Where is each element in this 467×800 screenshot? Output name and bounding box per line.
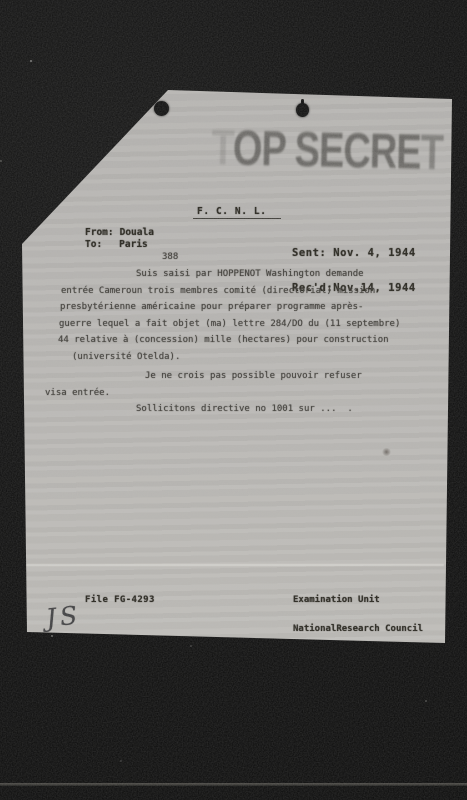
ink-smudge	[382, 448, 391, 456]
from-value: Douala	[120, 227, 154, 238]
body-line: Suis saisi par HOPPENOT Washington deman…	[136, 269, 364, 279]
body-line: guerre lequel a fait objet (ma) lettre 2…	[59, 319, 400, 329]
body-line: 44 relative à (concession) mille (hectar…	[58, 335, 389, 345]
from-row: From:Douala	[85, 227, 154, 238]
top-secret-stamp: TOP SECRET	[211, 121, 444, 182]
file-number: File FG-4293	[85, 595, 155, 605]
stamp-visible-text: OP SECRE	[232, 121, 421, 180]
body-line: (université Otelda).	[72, 352, 180, 362]
to-row: To:Paris	[85, 239, 148, 250]
paper-crease-line	[24, 564, 444, 566]
handwritten-initials: JS	[45, 600, 83, 633]
scan-artifact-line	[0, 783, 467, 786]
punch-hole-left	[154, 101, 169, 116]
stamp-clipped-letter: T	[420, 126, 443, 181]
from-label: From:	[85, 227, 114, 238]
stamp-faint-letter: T	[211, 121, 234, 176]
unit-org: NationalResearch Council	[293, 625, 423, 635]
unit-name: Examination Unit	[293, 596, 423, 606]
sent-line: Sent: Nov. 4, 1944	[292, 248, 416, 260]
body-line: presbytérienne américaine pour préparer …	[60, 302, 363, 312]
punch-hole-right	[296, 103, 309, 117]
to-label: To:	[85, 239, 102, 250]
body-line: visa entrée.	[45, 388, 110, 398]
message-number: 388	[162, 252, 178, 262]
body-line: Sollicitons directive no 1001 sur ... .	[136, 404, 353, 414]
to-value: Paris	[119, 239, 148, 250]
body-line: Je ne crois pas possible pouvoir refuser	[145, 371, 362, 381]
org-title-text: F. C. N. L.	[193, 206, 281, 219]
body-line: entrée Cameroun trois membres comité (di…	[61, 286, 375, 296]
dust-specks	[30, 60, 32, 62]
document-title: F. C. N. L.	[193, 199, 281, 219]
